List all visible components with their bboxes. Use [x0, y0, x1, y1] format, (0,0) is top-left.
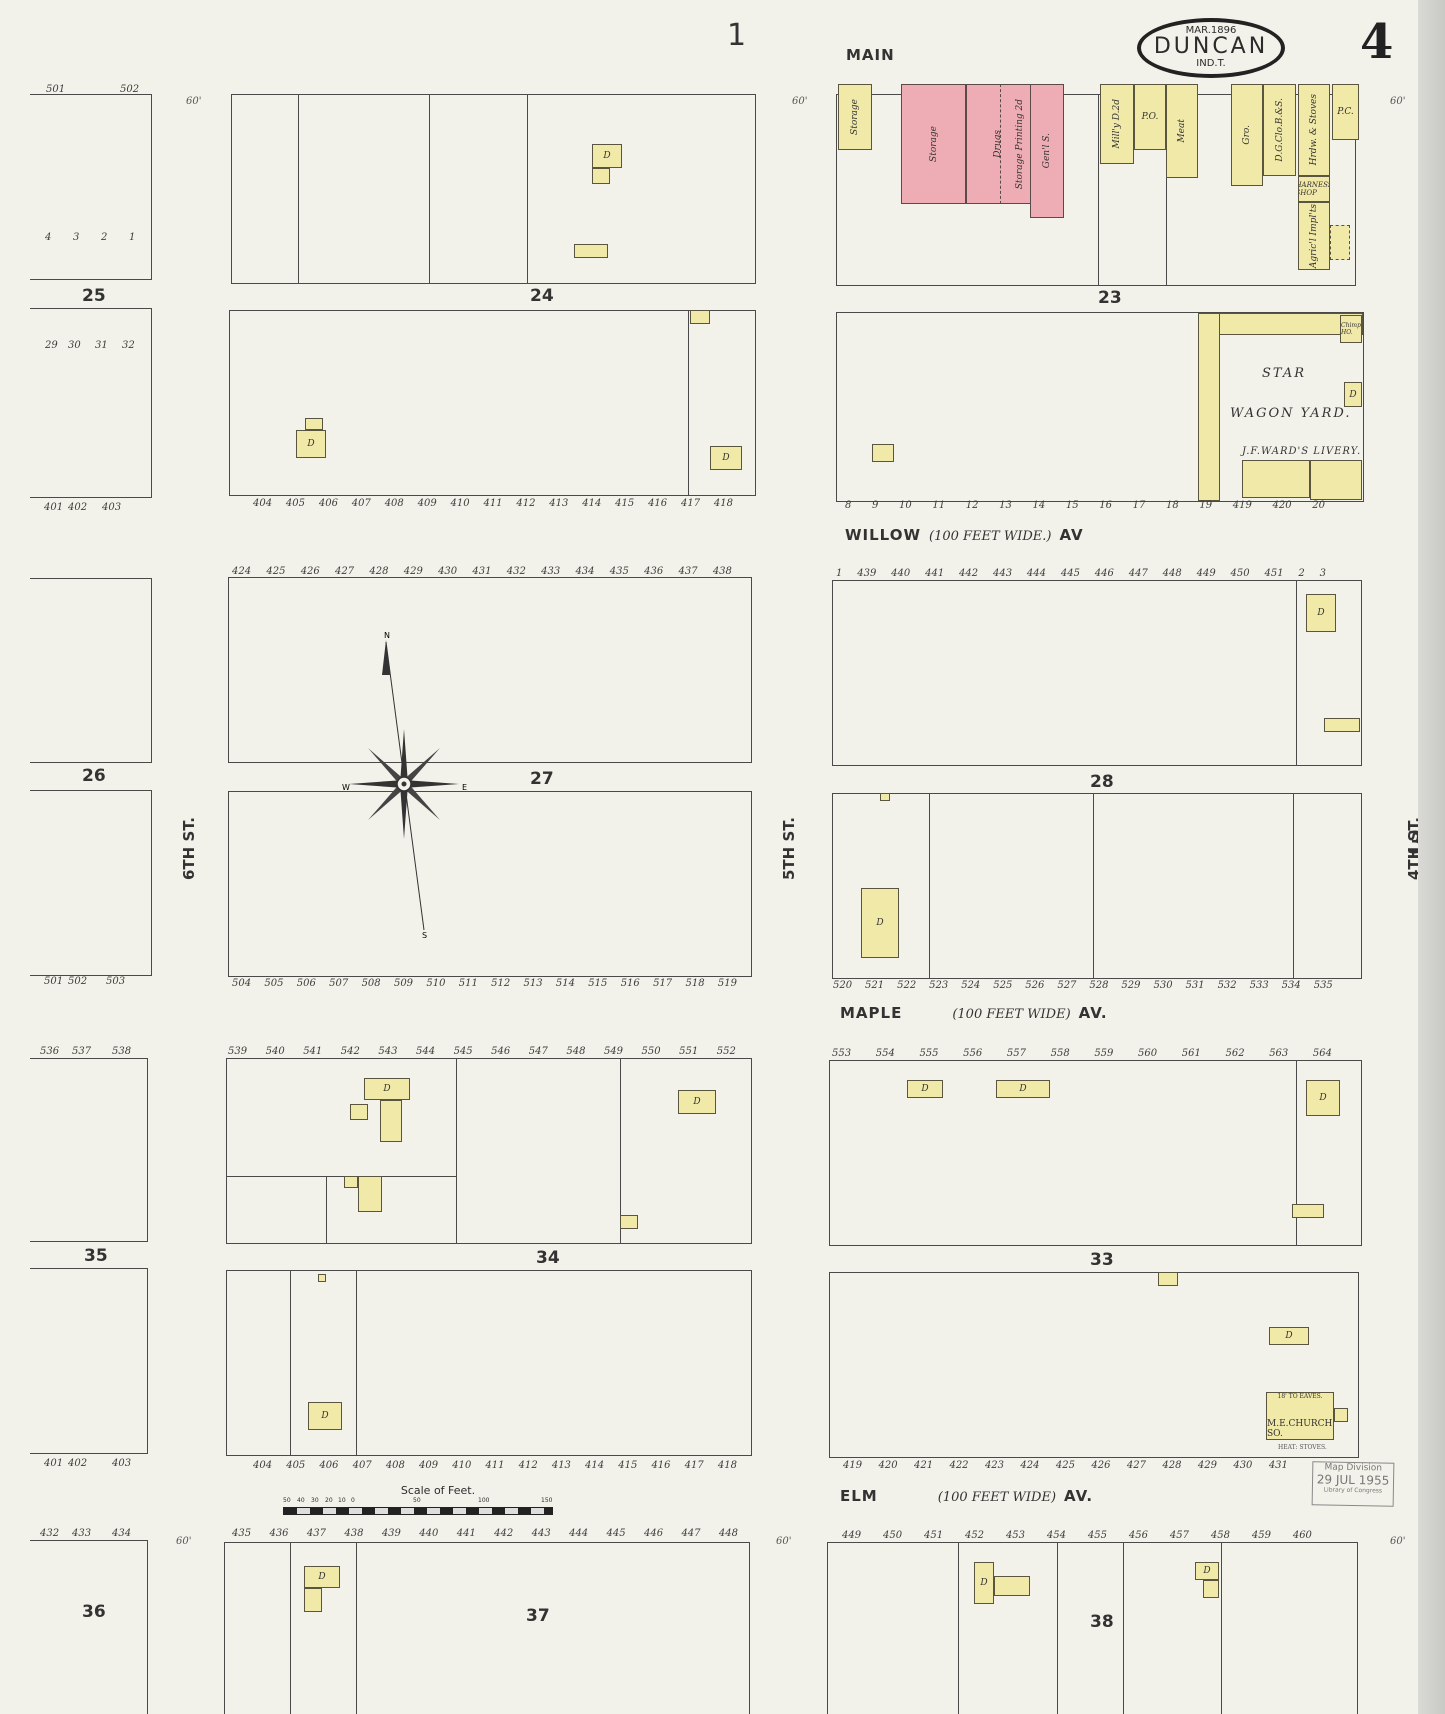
lot-number: 32 — [122, 340, 135, 351]
yard-label-star: STAR — [1262, 366, 1306, 381]
lot-divider — [1057, 1542, 1058, 1714]
outbuilding — [318, 1274, 326, 1282]
sheet-number: 4 — [1360, 14, 1393, 70]
building-label: Chimp HO. — [1341, 322, 1361, 336]
shed — [1324, 718, 1360, 732]
address: 401 — [44, 502, 63, 513]
sheet-edge — [1418, 0, 1445, 1714]
building-label: D — [1203, 1566, 1210, 1576]
dwelling-wing — [380, 1100, 402, 1142]
building-label: D — [307, 439, 314, 449]
dwelling: D — [308, 1402, 342, 1430]
street-5th: 5TH ST. — [780, 817, 798, 880]
lot-divider — [1098, 94, 1099, 286]
shed — [1158, 1272, 1178, 1286]
building-label: P.C. — [1337, 107, 1354, 117]
stable — [358, 1176, 382, 1212]
lot-divider — [356, 1270, 357, 1456]
willow-south-24-addresses: 4044054064074084094104114124134144154164… — [253, 498, 733, 509]
city-name: DUNCAN — [1141, 36, 1281, 58]
dwelling: D — [678, 1090, 716, 1114]
building-label: D — [1317, 608, 1324, 618]
block-34-south — [226, 1270, 752, 1456]
dwelling: D — [296, 430, 326, 458]
building-label: Gro. — [1242, 125, 1252, 145]
willow-north-28-addresses: 1439440441442443444445446447448449450451… — [836, 568, 1326, 579]
block-34-north — [226, 1058, 752, 1244]
block-number-28: 28 — [1090, 772, 1114, 792]
block-27-north — [228, 577, 752, 763]
block-28-south — [832, 793, 1362, 979]
wagon-yard-shed-north — [1198, 313, 1363, 335]
livery-shed — [1310, 460, 1362, 500]
address: 501 — [46, 84, 65, 95]
maple-north-33-addresses: 553554555556557558559560561562563564 — [832, 1048, 1332, 1059]
street-willow-suffix: AV — [1059, 526, 1083, 544]
dwelling: D — [907, 1080, 943, 1098]
church-eaves-label: 18' TO EAVES. — [1278, 1393, 1323, 1400]
building-label: D — [603, 151, 610, 161]
pc-building: P.C. — [1332, 84, 1359, 140]
block-24-south — [229, 310, 756, 496]
shed — [574, 244, 608, 258]
street-maple-name: MAPLE — [840, 1004, 902, 1022]
street-elm-width: (100 FEET WIDE) — [938, 1490, 1056, 1505]
building-label: Storage — [929, 126, 939, 162]
block-number-33: 33 — [1090, 1250, 1114, 1270]
lot-divider — [290, 1270, 291, 1456]
street-willow: WILLOW(100 FEET WIDE.)AV — [845, 526, 1084, 544]
compass-rose-icon: N W E S — [340, 630, 470, 940]
lot-number: 3 — [73, 232, 79, 243]
lot-divider — [356, 1542, 357, 1714]
building-label: Gen'l S. — [1042, 133, 1052, 168]
shed — [690, 310, 710, 324]
shed — [344, 1176, 358, 1188]
lot-divider — [929, 793, 930, 979]
dim-60: 60' — [1390, 1536, 1405, 1547]
scale-title: Scale of Feet. — [323, 1484, 553, 1497]
lot-divider — [298, 94, 299, 284]
address: 401 — [44, 1458, 63, 1469]
block-left-top — [30, 94, 152, 280]
block-number-36: 36 — [82, 1602, 106, 1622]
lot-divider — [290, 1542, 291, 1714]
grocery-building: Gro. — [1231, 84, 1263, 186]
block-number-35: 35 — [84, 1246, 108, 1266]
address: 403 — [102, 502, 121, 513]
church-label: M.E.CHURCH SO. — [1267, 1419, 1333, 1439]
dry-goods-building: D.G.Clo.B.&S. — [1263, 84, 1296, 176]
block-left-25 — [30, 308, 152, 498]
wagon-yard-shed-west — [1198, 313, 1220, 501]
block-left-26-south — [30, 790, 152, 976]
lot-number: 1 — [129, 232, 135, 243]
street-willow-name: WILLOW — [845, 526, 921, 544]
street-elm-name: ELM — [840, 1487, 878, 1505]
address: 503 — [106, 976, 125, 987]
lot-divider — [456, 1058, 457, 1244]
maple-north-34-addresses: 5395405415425435445455465475485495505515… — [228, 1046, 736, 1057]
building-label: D — [722, 453, 729, 463]
block-28-north — [832, 580, 1362, 766]
millinery-building: Mill'y D.2d — [1100, 84, 1134, 164]
agricultural-implements-building: Agric'l Impl'ts — [1298, 202, 1330, 270]
dwelling-wing — [304, 1588, 322, 1612]
outbuilding — [880, 793, 890, 801]
address: 403 — [112, 1458, 131, 1469]
building-label: D — [318, 1572, 325, 1582]
address: 434 — [112, 1528, 131, 1539]
elm-south-34-addresses: 4044054064074084094104114124134144154164… — [253, 1460, 737, 1471]
dwelling: D — [861, 888, 899, 958]
title-cartouche: MAR.1896 DUNCAN IND.T. — [1137, 18, 1285, 78]
dwelling: D — [1344, 382, 1362, 407]
lot-number: 4 — [45, 232, 51, 243]
dwelling: D — [710, 446, 742, 470]
lot-divider — [1221, 1542, 1222, 1714]
street-main: MAIN — [846, 46, 895, 64]
scale-graphic — [283, 1507, 553, 1515]
address: 432 — [40, 1528, 59, 1539]
block-left-35-south — [30, 1268, 148, 1454]
maple-south-27-addresses: 5045055065075085095105115125135145155165… — [232, 978, 737, 989]
building-label: D — [1019, 1084, 1026, 1094]
lot-divider — [429, 94, 430, 284]
map-sheet: MAR.1896 DUNCAN IND.T. 4 1 3 MAIN WILLOW… — [0, 0, 1418, 1714]
lot-divider — [958, 1542, 959, 1714]
block-number-34: 34 — [536, 1248, 560, 1268]
compass-n: N — [384, 631, 390, 640]
building-label: Storage Printing 2d — [1015, 99, 1025, 189]
street-6th: 6TH ST. — [180, 817, 198, 880]
yard-label-wagon: WAGON YARD. — [1230, 406, 1352, 421]
building-label: D.G.Clo.B.&S. — [1275, 98, 1285, 162]
dwelling: D — [1195, 1562, 1219, 1580]
elm-north-38-addresses: 449450451452453454455456457458459460 — [842, 1530, 1312, 1541]
outbuilding — [305, 418, 323, 430]
street-willow-width: (100 FEET WIDE.) — [929, 529, 1051, 544]
dim-60: 60' — [176, 1536, 191, 1547]
church-heat-label: HEAT: STOVES. — [1278, 1444, 1327, 1451]
lot-divider — [1293, 793, 1294, 979]
adjacent-sheet-top: 1 — [727, 18, 746, 53]
building-label: D — [921, 1084, 928, 1094]
shed — [620, 1215, 638, 1229]
dim-60: 60' — [776, 1536, 791, 1547]
dwelling: D — [592, 144, 622, 168]
block-number-38: 38 — [1090, 1612, 1114, 1632]
block-27-south — [228, 791, 752, 977]
building-label: D — [321, 1411, 328, 1421]
building-label: Mill'y D.2d — [1112, 99, 1122, 149]
church-tower — [1334, 1408, 1348, 1422]
elm-south-33-addresses: 419420421422423424425426427428429430431 — [843, 1460, 1288, 1471]
post-office-building: P.O. — [1134, 84, 1166, 150]
lot-number: 29 — [45, 340, 58, 351]
street-elm: ELM(100 FEET WIDE)AV. — [840, 1487, 1093, 1505]
shed — [1330, 225, 1350, 260]
dwelling: D — [304, 1566, 340, 1588]
building-label: D — [693, 1097, 700, 1107]
lot-divider — [226, 1176, 456, 1177]
dim-60: 60' — [1390, 96, 1405, 107]
street-elm-suffix: AV. — [1064, 1487, 1093, 1505]
block-number-25: 25 — [82, 286, 106, 306]
building-label: Meat — [1177, 119, 1187, 143]
block-24-north — [231, 94, 756, 284]
dwelling: D — [364, 1078, 410, 1100]
church-building: 18' TO EAVES. M.E.CHURCH SO. — [1266, 1392, 1334, 1440]
lot-number: 2 — [101, 232, 107, 243]
willow-north-27-addresses: 4244254264274284294304314324334344354364… — [232, 566, 732, 577]
storage-building: Storage — [838, 84, 872, 150]
compass-w: W — [342, 783, 350, 792]
building-label: D — [1285, 1331, 1292, 1341]
lot-divider — [1296, 580, 1297, 766]
building-label: Hrdw. & Stoves — [1309, 94, 1319, 165]
dwelling: D — [996, 1080, 1050, 1098]
outbuilding — [350, 1104, 368, 1120]
lot-divider — [1296, 1060, 1297, 1246]
compass-s: S — [422, 931, 427, 940]
lot-divider — [1123, 1542, 1124, 1714]
chimp-house: Chimp HO. — [1340, 315, 1362, 343]
outbuilding — [592, 168, 610, 184]
elm-north-37-addresses: 4354364374384394404414424434444454464474… — [232, 1528, 738, 1539]
street-maple-suffix: AV. — [1079, 1004, 1108, 1022]
block-37 — [224, 1542, 750, 1714]
building-label: D — [980, 1578, 987, 1588]
harness-shop-building: HARNESS SHOP — [1298, 176, 1330, 202]
hardware-building: Hrdw. & Stoves — [1298, 84, 1330, 176]
block-number-23: 23 — [1098, 288, 1122, 308]
lot-number: 30 — [68, 340, 81, 351]
dwelling: D — [1306, 1080, 1340, 1116]
lot-divider — [1093, 793, 1094, 979]
lot-divider — [688, 310, 689, 496]
address: 538 — [112, 1046, 131, 1057]
shed — [1292, 1204, 1324, 1218]
scale-ticks: 50 40 30 20 10 0 50 100 150 — [283, 1497, 553, 1507]
dwelling: D — [1306, 594, 1336, 632]
general-store-building: Gen'l S. — [1030, 84, 1064, 218]
block-number-26: 26 — [82, 766, 106, 786]
dwelling: D — [1269, 1327, 1309, 1345]
address: 502 — [68, 976, 87, 987]
storage-brick-building: Storage — [901, 84, 966, 204]
building-label: D — [1349, 390, 1356, 400]
livery-label: J.F.WARD'S LIVERY. — [1242, 446, 1361, 457]
compass-e: E — [462, 783, 467, 792]
maple-south-28-addresses: 5205215225235245255265275285295305315325… — [833, 980, 1333, 991]
address: 536 — [40, 1046, 59, 1057]
address: 433 — [72, 1528, 91, 1539]
building-label: Storage — [850, 99, 860, 135]
meat-market-building: Meat — [1166, 84, 1198, 178]
address: 402 — [68, 502, 87, 513]
library-stamp: Map Division 29 JUL 1955 Library of Cong… — [1312, 1461, 1395, 1506]
building-label: P.O. — [1142, 112, 1159, 122]
dwelling-wing — [994, 1576, 1030, 1596]
building-label: D — [1319, 1093, 1326, 1103]
address: 537 — [72, 1046, 91, 1057]
block-number-24: 24 — [530, 286, 554, 306]
scale-bar: Scale of Feet. 50 40 30 20 10 0 50 100 1… — [283, 1484, 553, 1515]
address: 502 — [120, 84, 139, 95]
building-label: HARNESS SHOP — [1298, 181, 1330, 197]
block-left-26-north — [30, 578, 152, 763]
dim-60: 60' — [792, 96, 807, 107]
willow-south-23-addresses: 891011121314151617181941942020 — [845, 500, 1325, 511]
stamp-date: 29 JUL 1955 — [1313, 1472, 1393, 1487]
address: 402 — [68, 1458, 87, 1469]
outbuilding — [1203, 1580, 1219, 1598]
block-left-35-north — [30, 1058, 148, 1242]
building-label: D — [876, 918, 883, 928]
address: 501 — [44, 976, 63, 987]
street-maple-width: (100 FEET WIDE) — [952, 1007, 1070, 1022]
dim-60: 60' — [186, 96, 201, 107]
lot-divider — [527, 94, 528, 284]
livery-stable — [1242, 460, 1310, 498]
lot-divider — [326, 1176, 327, 1244]
street-maple: MAPLE(100 FEET WIDE)AV. — [840, 1004, 1108, 1022]
building-label: D — [383, 1084, 390, 1094]
block-number-37: 37 — [526, 1606, 550, 1626]
dwelling: D — [974, 1562, 994, 1604]
outbuilding — [872, 444, 894, 462]
block-number-27: 27 — [530, 769, 554, 789]
building-label: Agric'l Impl'ts — [1309, 204, 1319, 268]
state-name: IND.T. — [1141, 58, 1281, 69]
lot-number: 31 — [95, 340, 108, 351]
block-left-36 — [30, 1540, 148, 1714]
stamp-line3: Library of Congress — [1313, 1486, 1393, 1494]
